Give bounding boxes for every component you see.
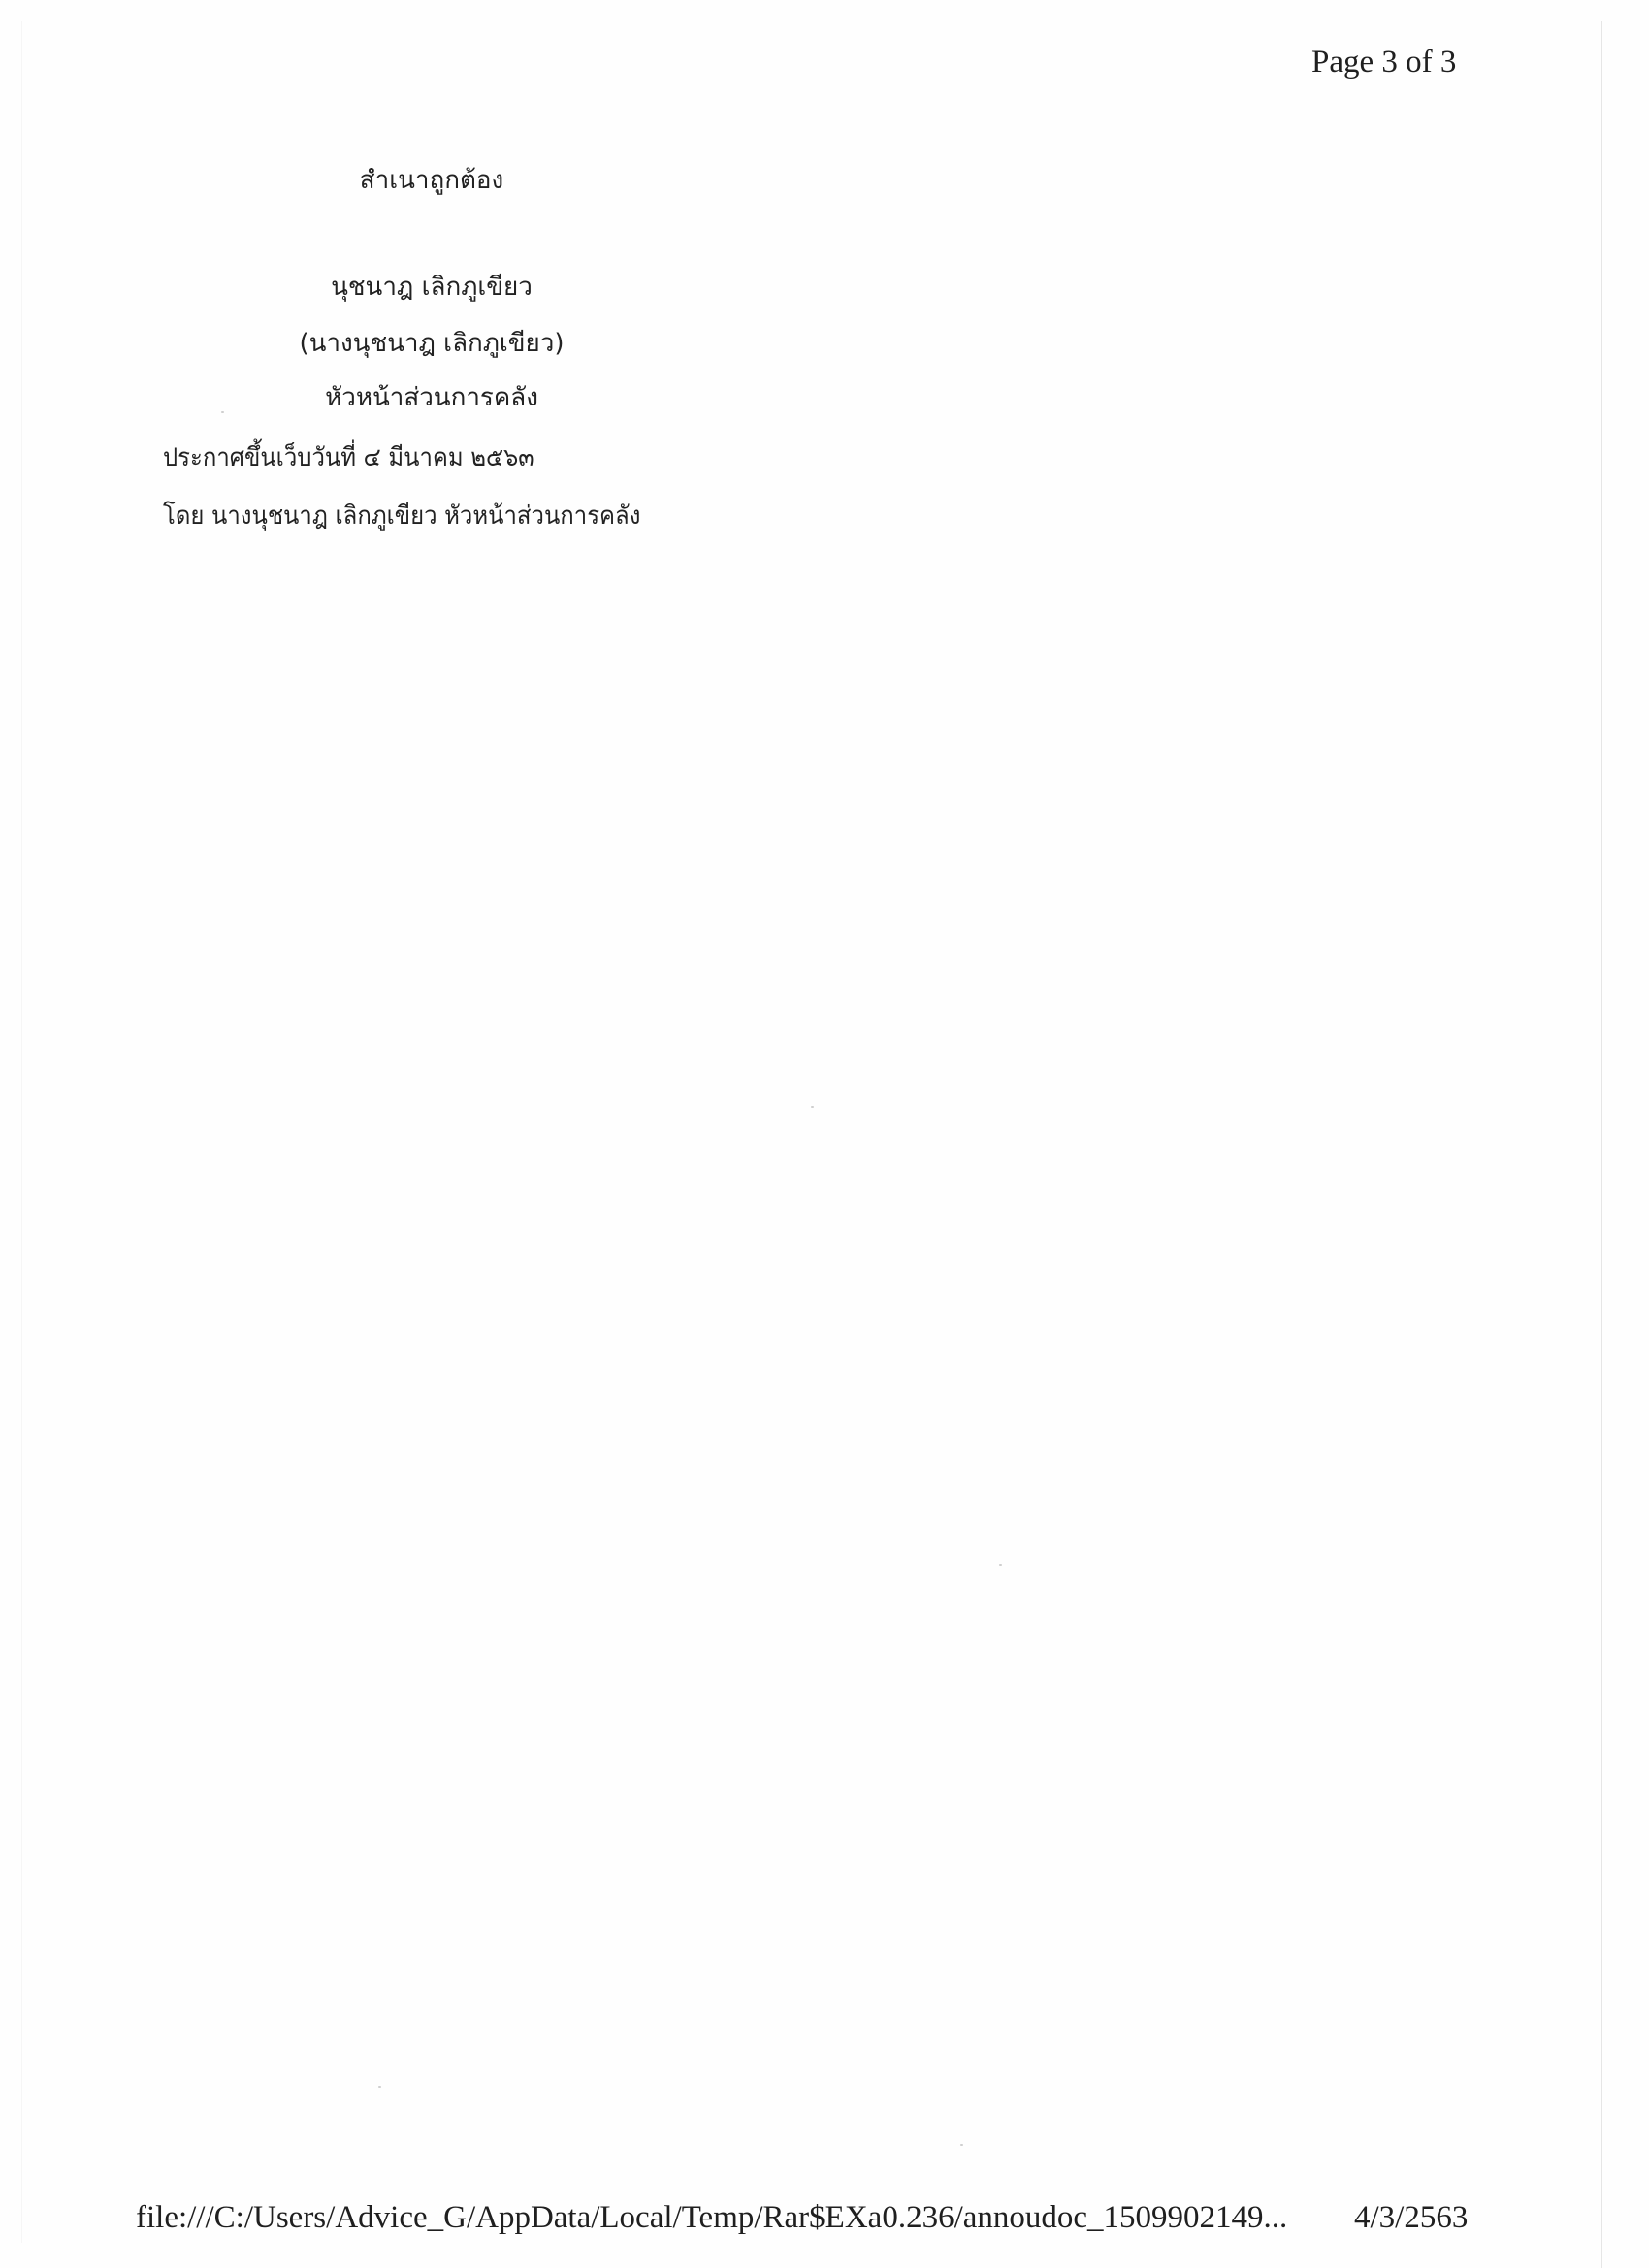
signer-position: หัวหน้าส่วนการคลัง bbox=[238, 378, 626, 417]
scan-speck bbox=[811, 1106, 814, 1108]
signature: นุชนาฎ เลิกภูเขียว bbox=[238, 268, 626, 307]
footer-print-date: 4/3/2563 bbox=[1354, 2198, 1468, 2237]
scan-speck bbox=[960, 2144, 963, 2146]
footer-file-path: file:///C:/Users/Advice_G/AppData/Local/… bbox=[136, 2198, 1287, 2237]
certified-copy-label: สำเนาถูกต้อง bbox=[238, 161, 626, 200]
scan-speck bbox=[999, 1564, 1002, 1566]
page-number: Page 3 of 3 bbox=[1311, 43, 1456, 81]
announced-by: โดย นางนุชนาฎ เลิกภูเขียว หัวหน้าส่วนการ… bbox=[163, 497, 640, 535]
announcement-date: ประกาศขึ้นเว็บวันที่ ๔ มีนาคม ๒๕๖๓ bbox=[163, 438, 534, 477]
scan-speck bbox=[221, 411, 224, 413]
signer-name: (นางนุชนาฎ เลิกภูเขียว) bbox=[238, 324, 626, 363]
scan-speck bbox=[378, 2086, 381, 2088]
scan-edge-right bbox=[1601, 21, 1602, 2268]
document-page: Page 3 of 3 สำเนาถูกต้อง นุชนาฎ เลิกภูเข… bbox=[0, 0, 1649, 2268]
scan-edge-left bbox=[21, 21, 22, 2243]
